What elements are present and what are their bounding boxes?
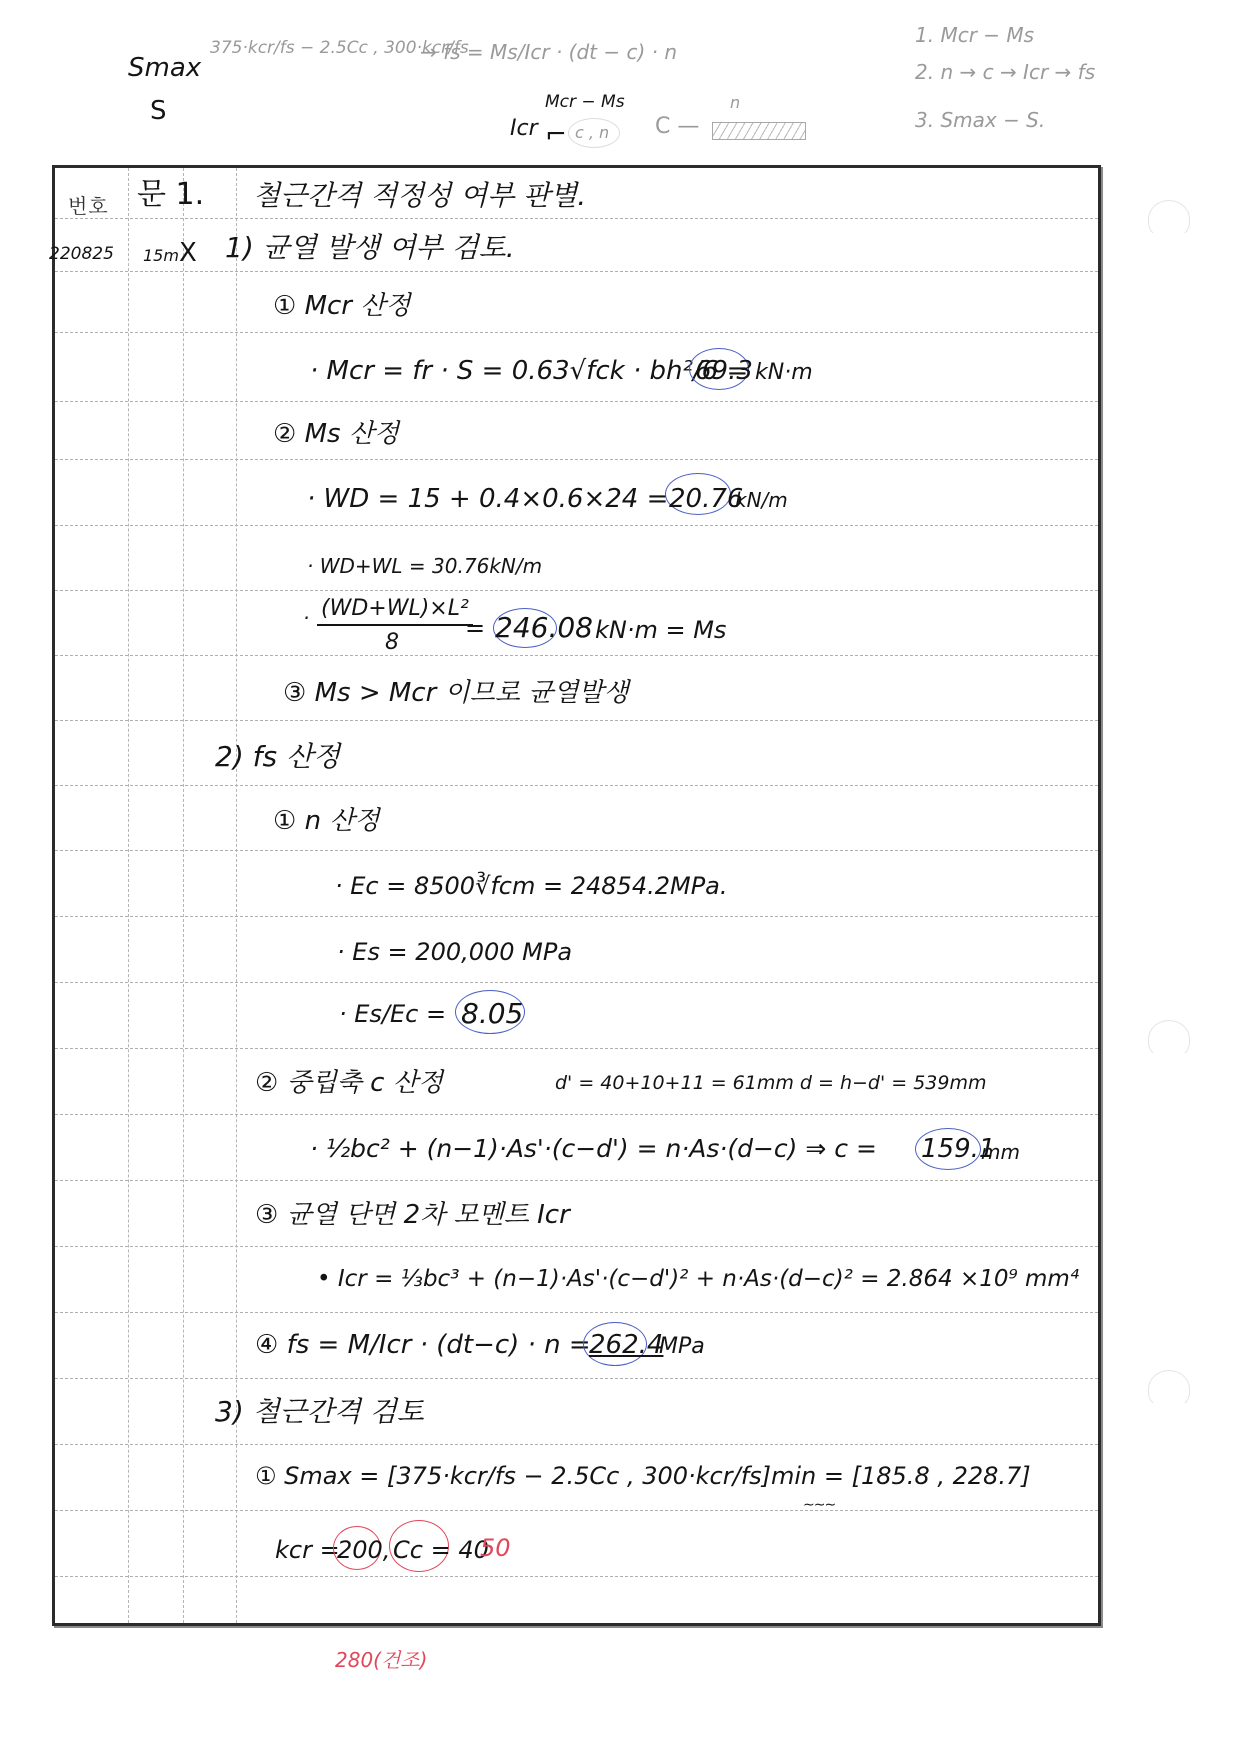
kcr-value: 200, xyxy=(337,1538,390,1562)
step-note-3: 3. Smax − S. xyxy=(915,110,1045,130)
kcr-correction: 280(건조) xyxy=(335,1650,427,1670)
step-note-2: 2. n → c → Icr → fs xyxy=(915,62,1095,82)
fs-unit: MPa xyxy=(659,1336,705,1358)
ms-fraction-denominator: 8 xyxy=(385,632,399,654)
punch-hole-mark-icon xyxy=(1148,1370,1190,1408)
time-note: 15m xyxy=(143,248,179,264)
ruled-line xyxy=(55,525,1098,526)
step-note-1: 1. Mcr − Ms xyxy=(915,25,1034,45)
fs-equation: ④ fs = M/Icr · (dt−c) · n = xyxy=(255,1332,591,1358)
ruled-line xyxy=(55,1378,1098,1379)
n-ratio-equation: · Es/Ec = xyxy=(339,1002,446,1026)
ruled-line xyxy=(55,720,1098,721)
fs-result: 262.4 xyxy=(589,1332,663,1358)
es-equation: · Es = 200,000 MPa xyxy=(337,940,572,964)
ruled-line xyxy=(55,1180,1098,1181)
ruled-line xyxy=(55,1312,1098,1313)
ruled-line xyxy=(55,1048,1098,1049)
neutral-axis-equation: · ½bc² + (n−1)·As'·(c−d') = n·As·(d−c) ⇒… xyxy=(310,1136,877,1161)
ruled-line xyxy=(55,655,1098,656)
n-diagram-label: n xyxy=(730,95,740,111)
ruled-line xyxy=(55,850,1098,851)
ruled-line xyxy=(55,982,1098,983)
mcr-heading: ① Mcr 산정 xyxy=(273,293,411,319)
smax-equation: ① Smax = [375·kcr/fs − 2.5Cc , 300·kcr/f… xyxy=(255,1464,1031,1488)
ruled-line xyxy=(55,1576,1098,1577)
ms-equals: = xyxy=(465,616,485,640)
hatched-section-diagram xyxy=(712,122,806,140)
crack-conclusion: ③ Ms > Mcr 이므로 균열발생 xyxy=(283,680,629,706)
mcr-unit: kN·m xyxy=(755,362,813,384)
punch-hole-mark-icon xyxy=(1148,200,1190,238)
ms-fraction-dot: · xyxy=(303,608,309,628)
pencil-circle-icon xyxy=(568,118,620,148)
section-3-heading: 3) 철근간격 검토 xyxy=(215,1398,424,1426)
kcr-note: kcr = xyxy=(275,1538,340,1562)
column-divider xyxy=(128,168,129,1623)
answer-sheet: 번호 문 1. 철근간격 적정성 여부 판별. 220825 15m X 1) … xyxy=(52,165,1101,1626)
wavy-underline-mark: ∼∼∼ xyxy=(803,1498,835,1512)
top-margin-notes: Smax S 375·kcr/fs − 2.5Cc , 300·kcr/fs →… xyxy=(0,0,1240,160)
ruled-line xyxy=(55,218,1098,219)
column-divider xyxy=(183,168,184,1623)
icr-equation: • Icr = ⅓bc³ + (n−1)·As'·(c−d')² + n·As·… xyxy=(317,1268,1079,1291)
neutral-axis-heading: ② 중립축 c 산정 xyxy=(255,1070,443,1096)
mcr-result: 69.3 xyxy=(695,358,753,384)
ruled-line xyxy=(55,916,1098,917)
ruled-line xyxy=(55,1510,1098,1511)
ruled-line xyxy=(55,1444,1098,1445)
cc-value: Cc = 40 xyxy=(393,1538,489,1562)
smax-label: Smax xyxy=(128,55,201,81)
ruled-line xyxy=(55,401,1098,402)
ruled-line xyxy=(55,459,1098,460)
cc-correction: 50 xyxy=(480,1536,511,1560)
c-diagram-label: C — xyxy=(655,116,699,138)
mcr-equation: · Mcr = fr · S = 0.63√fck · bh²/6 = xyxy=(310,358,748,384)
ruled-line xyxy=(55,1246,1098,1247)
x-mark: X xyxy=(179,240,197,266)
wd-result: 20.76 xyxy=(669,486,743,512)
number-label: 번호 xyxy=(68,190,109,219)
wd-wl-equation: · WD+WL = 30.76kN/m xyxy=(307,556,542,576)
date-code: 220825 xyxy=(49,246,114,263)
ec-equation: · Ec = 8500∛fcm = 24854.2MPa. xyxy=(335,874,728,898)
section-1-heading: 1) 균열 발생 여부 검토. xyxy=(225,234,515,262)
section-2-heading: 2) fs 산정 xyxy=(215,743,340,771)
bracket-icon: ⌐ xyxy=(545,122,567,148)
ms-heading: ② Ms 산정 xyxy=(273,421,399,447)
ruled-line xyxy=(55,1114,1098,1115)
wd-equation: · WD = 15 + 0.4×0.6×24 = xyxy=(307,486,668,512)
ms-result: 246.08 xyxy=(495,614,593,642)
problem-label: 문 1. xyxy=(137,180,204,210)
wd-unit: kN/m xyxy=(735,490,788,510)
ms-fraction-numerator: (WD+WL)×L² xyxy=(317,598,473,626)
ruled-line xyxy=(55,332,1098,333)
ruled-line xyxy=(55,785,1098,786)
s-label: S xyxy=(150,98,167,124)
icr-branch-top: Mcr − Ms xyxy=(545,94,625,111)
icr-heading: ③ 균열 단면 2차 모멘트 Icr xyxy=(255,1202,570,1228)
problem-title: 철근간격 적정성 여부 판별. xyxy=(253,182,586,210)
icr-label: Icr xyxy=(510,118,538,140)
ruled-line xyxy=(55,271,1098,272)
n-heading: ① n 산정 xyxy=(273,808,380,834)
d-prime-note: d' = 40+10+11 = 61mm d = h−d' = 539mm xyxy=(555,1074,986,1093)
ruled-line xyxy=(55,590,1098,591)
punch-hole-mark-icon xyxy=(1148,1020,1190,1058)
fs-formula-note: → fs = Ms/Icr · (dt − c) · n xyxy=(420,42,677,62)
c-unit: mm xyxy=(981,1142,1020,1162)
n-result: 8.05 xyxy=(461,1000,523,1028)
ms-unit: kN·m = Ms xyxy=(595,618,726,642)
